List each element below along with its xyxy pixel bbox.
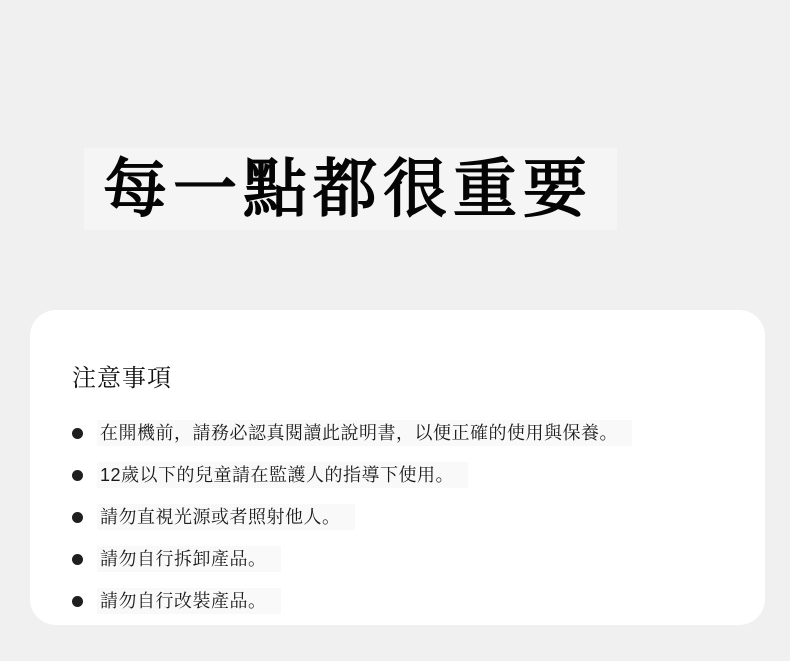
list-item: 在開機前，請務必認真閱讀此說明書，以便正確的使用與保養。	[72, 420, 723, 446]
bullet-circle-icon	[72, 596, 83, 607]
precautions-card: 注意事項 在開機前，請務必認真閱讀此說明書，以便正確的使用與保養。 12歲以下的…	[30, 310, 765, 625]
precautions-card-title: 注意事項	[72, 358, 723, 393]
list-item: 請勿自行拆卸產品。	[72, 546, 723, 572]
list-item-text: 請勿自行改裝產品。	[97, 588, 281, 614]
list-item-text: 請勿自行拆卸產品。	[97, 546, 281, 572]
bullet-circle-icon	[72, 470, 83, 481]
page-headline-wrap: 每一點都很重要	[84, 148, 617, 230]
list-item-text: 請勿直視光源或者照射他人。	[97, 504, 355, 530]
list-item: 請勿自行改裝產品。	[72, 588, 723, 614]
page-headline: 每一點都很重要	[84, 148, 617, 230]
list-item-text: 在開機前，請務必認真閱讀此說明書，以便正確的使用與保養。	[97, 420, 632, 446]
list-item: 12歲以下的兒童請在監護人的指導下使用。	[72, 462, 723, 488]
list-item-text: 12歲以下的兒童請在監護人的指導下使用。	[97, 462, 468, 488]
precautions-list: 在開機前，請務必認真閱讀此說明書，以便正確的使用與保養。 12歲以下的兒童請在監…	[72, 420, 723, 614]
list-item: 請勿直視光源或者照射他人。	[72, 504, 723, 530]
bullet-circle-icon	[72, 554, 83, 565]
bullet-circle-icon	[72, 512, 83, 523]
bullet-circle-icon	[72, 428, 83, 439]
